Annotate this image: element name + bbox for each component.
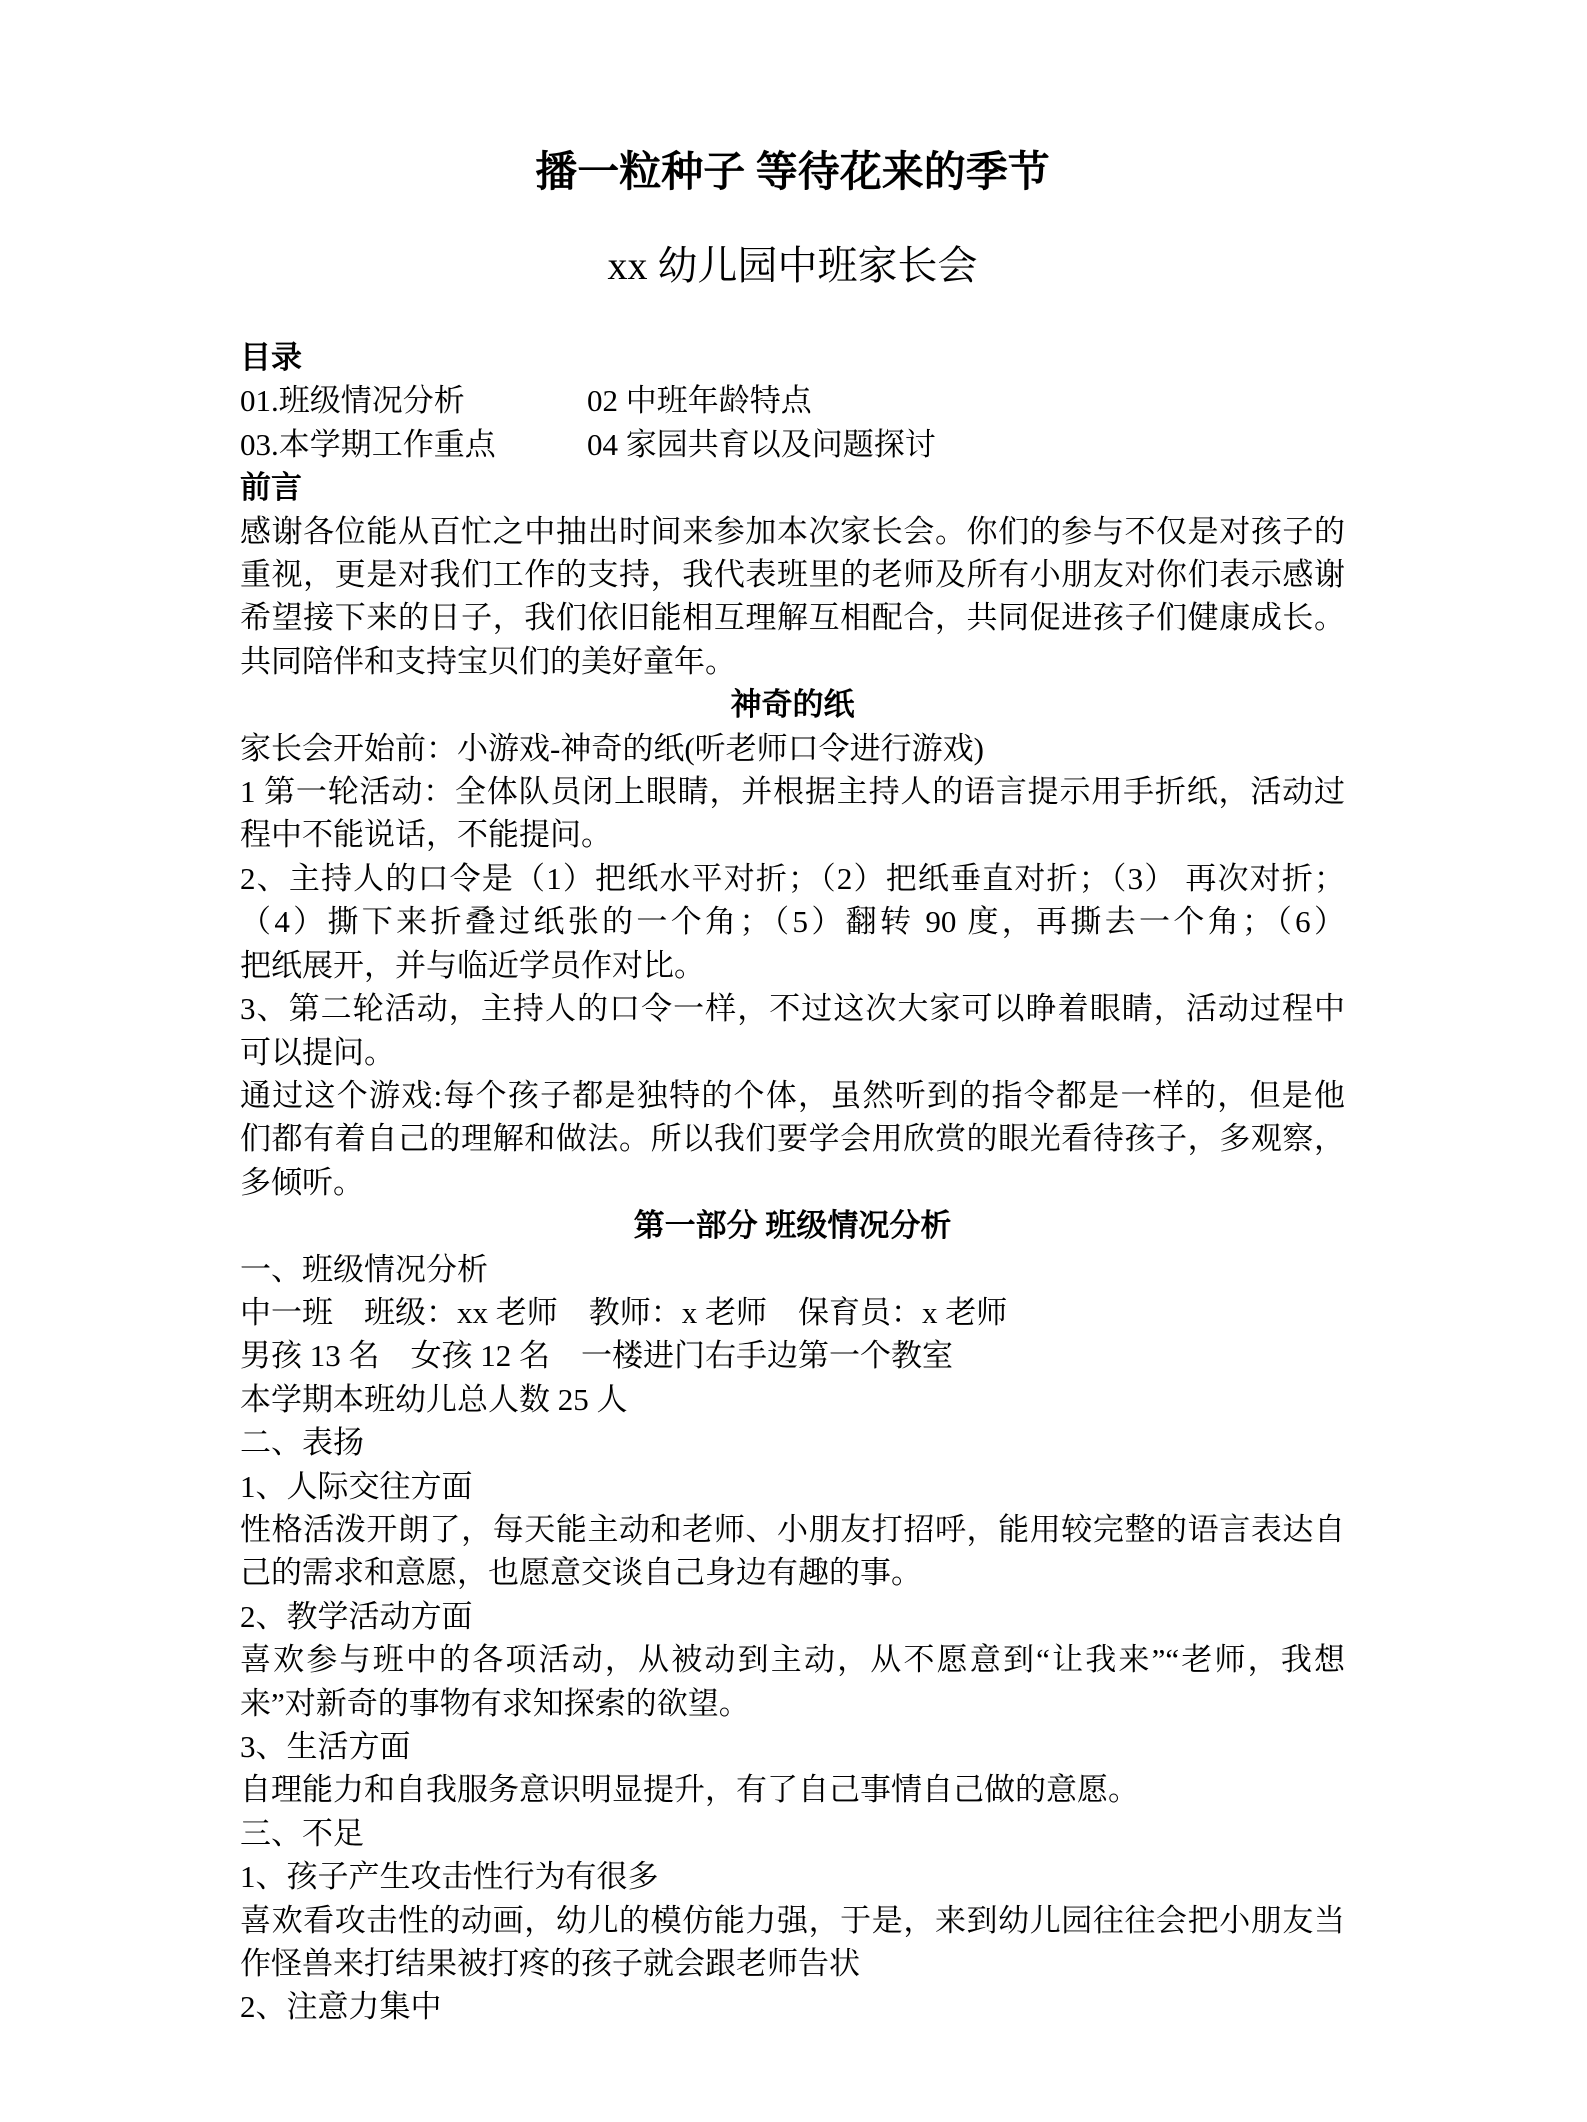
toc-row: 03.本学期工作重点04 家园共育以及问题探讨 <box>240 423 1345 466</box>
paragraph-line: 家长会开始前：小游戏-神奇的纸(听老师口令进行游戏) <box>240 727 1345 770</box>
paragraph-line: 本学期本班幼儿总人数 25 人 <box>240 1378 1345 1421</box>
centered-heading: 神奇的纸 <box>240 683 1345 726</box>
toc-entry: 01.班级情况分析 <box>240 379 587 422</box>
paragraph-line: 可以提问。 <box>240 1031 1345 1074</box>
paragraph-line: 性格活泼开朗了，每天能主动和老师、小朋友打招呼，能用较完整的语言表达自 <box>240 1508 1345 1551</box>
paragraph-line: 共同陪伴和支持宝贝们的美好童年。 <box>240 640 1345 683</box>
paragraph-line: 男孩 13 名 女孩 12 名 一楼进门右手边第一个教室 <box>240 1334 1345 1377</box>
paragraph-line: 1 第一轮活动：全体队员闭上眼睛，并根据主持人的语言提示用手折纸，活动过 <box>240 770 1345 813</box>
paragraph-line: （4）撕下来折叠过纸张的一个角；（5）翻转 90 度，再撕去一个角；（6） <box>240 900 1345 943</box>
paragraph-line: 己的需求和意愿，也愿意交谈自己身边有趣的事。 <box>240 1551 1345 1594</box>
paragraph-line: 感谢各位能从百忙之中抽出时间来参加本次家长会。你们的参与不仅是对孩子的 <box>240 510 1345 553</box>
paragraph-line: 喜欢参与班中的各项活动，从被动到主动，从不愿意到“让我来”“老师，我想 <box>240 1638 1345 1681</box>
paragraph-line: 2、教学活动方面 <box>240 1595 1345 1638</box>
paragraph-line: 3、生活方面 <box>240 1725 1345 1768</box>
paragraph-line: 1、孩子产生攻击性行为有很多 <box>240 1855 1345 1898</box>
paragraph-line: 3、第二轮活动，主持人的口令一样，不过这次大家可以睁着眼睛，活动过程中 <box>240 987 1345 1030</box>
paragraph-line: 把纸展开，并与临近学员作对比。 <box>240 944 1345 987</box>
paragraph-line: 重视，更是对我们工作的支持，我代表班里的老师及所有小朋友对你们表示感谢 <box>240 553 1345 596</box>
document-body: 目录01.班级情况分析02 中班年龄特点03.本学期工作重点04 家园共育以及问… <box>240 290 1345 2029</box>
paragraph-line: 二、表扬 <box>240 1421 1345 1464</box>
paragraph-line: 们都有着自己的理解和做法。所以我们要学会用欣赏的眼光看待孩子，多观察， <box>240 1117 1345 1160</box>
toc-entry: 03.本学期工作重点 <box>240 423 587 466</box>
document-subtitle: xx 幼儿园中班家长会 <box>240 198 1345 290</box>
paragraph-line: 一、班级情况分析 <box>240 1248 1345 1291</box>
centered-heading: 第一部分 班级情况分析 <box>240 1204 1345 1247</box>
toc-entry: 02 中班年龄特点 <box>587 379 1345 422</box>
paragraph-line: 程中不能说话，不能提问。 <box>240 813 1345 856</box>
paragraph-line: 喜欢看攻击性的动画，幼儿的模仿能力强，于是，来到幼儿园往往会把小朋友当 <box>240 1899 1345 1942</box>
paragraph-line: 2、主持人的口令是（1）把纸水平对折；（2）把纸垂直对折；（3） 再次对折； <box>240 857 1345 900</box>
paragraph-line: 自理能力和自我服务意识明显提升，有了自己事情自己做的意愿。 <box>240 1768 1345 1811</box>
section-heading: 目录 <box>240 336 1345 379</box>
paragraph-line: 来”对新奇的事物有求知探索的欲望。 <box>240 1682 1345 1725</box>
paragraph-line: 多倾听。 <box>240 1161 1345 1204</box>
document-title: 播一粒种子 等待花来的季节 <box>240 0 1345 198</box>
paragraph-line: 希望接下来的日子，我们依旧能相互理解互相配合，共同促进孩子们健康成长。 <box>240 596 1345 639</box>
section-heading: 前言 <box>240 466 1345 509</box>
paragraph-line: 2、注意力集中 <box>240 1985 1345 2028</box>
toc-row: 01.班级情况分析02 中班年龄特点 <box>240 379 1345 422</box>
paragraph-line: 通过这个游戏:每个孩子都是独特的个体，虽然听到的指令都是一样的，但是他 <box>240 1074 1345 1117</box>
paragraph-line: 三、不足 <box>240 1812 1345 1855</box>
paragraph-line: 1、人际交往方面 <box>240 1465 1345 1508</box>
toc-entry: 04 家园共育以及问题探讨 <box>587 423 1345 466</box>
document-page: 播一粒种子 等待花来的季节 xx 幼儿园中班家长会 目录01.班级情况分析02 … <box>0 0 1587 2122</box>
paragraph-line: 作怪兽来打结果被打疼的孩子就会跟老师告状 <box>240 1942 1345 1985</box>
paragraph-line: 中一班 班级：xx 老师 教师：x 老师 保育员：x 老师 <box>240 1291 1345 1334</box>
